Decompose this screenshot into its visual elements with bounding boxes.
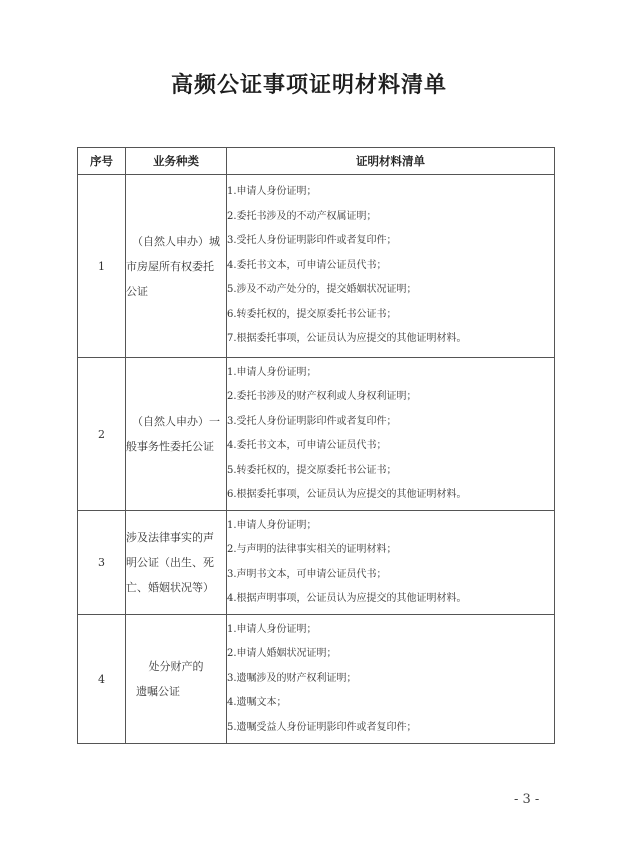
row-category: 处分财产的 遗嘱公证 [126, 615, 227, 744]
material-item: 4.委托书文本，可申请公证员代书； [227, 254, 554, 279]
category-line: 般事务性委托公证 [126, 434, 226, 459]
category-line: 处分财产的 [126, 654, 226, 679]
header-category: 业务种类 [126, 148, 227, 175]
material-item: 5.转委托权的，提交原委托书公证书； [227, 459, 554, 484]
table-row: 1 （自然人申办）城 市房屋所有权委托 公证 1.申请人身份证明； 2.委托书涉… [78, 175, 555, 358]
material-item: 4.委托书文本，可申请公证员代书； [227, 434, 554, 459]
row-materials: 1.申请人身份证明； 2.与声明的法律事实相关的证明材料； 3.声明书文本，可申… [227, 511, 555, 615]
page-number: - 3 - [514, 792, 539, 807]
category-line: 亡、婚姻状况等） [126, 575, 226, 600]
material-item: 4.根据声明事项，公证员认为应提交的其他证明材料。 [227, 587, 554, 612]
row-materials: 1.申请人身份证明； 2.委托书涉及的不动产权属证明； 3.受托人身份证明影印件… [227, 175, 555, 358]
category-line: （自然人申办）一 [126, 409, 226, 434]
material-item: 5.遗嘱受益人身份证明影印件或者复印件； [227, 716, 554, 741]
row-category: （自然人申办）城 市房屋所有权委托 公证 [126, 175, 227, 358]
material-item: 1.申请人身份证明； [227, 180, 554, 205]
table-header-row: 序号 业务种类 证明材料清单 [78, 148, 555, 175]
material-item: 3.受托人身份证明影印件或者复印件； [227, 229, 554, 254]
category-line: （自然人申办）城 [126, 229, 226, 254]
header-materials: 证明材料清单 [227, 148, 555, 175]
material-item: 2.委托书涉及的不动产权属证明； [227, 205, 554, 230]
header-index: 序号 [78, 148, 126, 175]
table-row: 4 处分财产的 遗嘱公证 1.申请人身份证明； 2.申请人婚姻状况证明； 3.遗… [78, 615, 555, 744]
table-row: 3 涉及法律事实的声 明公证（出生、死 亡、婚姻状况等） 1.申请人身份证明； … [78, 511, 555, 615]
category-line: 明公证（出生、死 [126, 550, 226, 575]
row-index: 2 [78, 358, 126, 511]
row-category: （自然人申办）一 般事务性委托公证 [126, 358, 227, 511]
table-row: 2 （自然人申办）一 般事务性委托公证 1.申请人身份证明； 2.委托书涉及的财… [78, 358, 555, 511]
page-title: 高频公证事项证明材料清单 [0, 68, 618, 99]
material-item: 7.根据委托事项，公证员认为应提交的其他证明材料。 [227, 327, 554, 352]
row-index: 3 [78, 511, 126, 615]
material-item: 1.申请人身份证明； [227, 514, 554, 539]
materials-table: 序号 业务种类 证明材料清单 1 （自然人申办）城 市房屋所有权委托 公证 1.… [77, 147, 555, 744]
row-category: 涉及法律事实的声 明公证（出生、死 亡、婚姻状况等） [126, 511, 227, 615]
category-line: 涉及法律事实的声 [126, 525, 226, 550]
row-index: 1 [78, 175, 126, 358]
row-materials: 1.申请人身份证明； 2.申请人婚姻状况证明； 3.遗嘱涉及的财产权利证明； 4… [227, 615, 555, 744]
material-item: 6.根据委托事项，公证员认为应提交的其他证明材料。 [227, 483, 554, 508]
material-item: 2.申请人婚姻状况证明； [227, 642, 554, 667]
material-item: 5.涉及不动产处分的，提交婚姻状况证明； [227, 278, 554, 303]
material-item: 6.转委托权的，提交原委托书公证书； [227, 303, 554, 328]
material-item: 4.遗嘱文本； [227, 691, 554, 716]
material-item: 3.声明书文本，可申请公证员代书； [227, 563, 554, 588]
material-item: 1.申请人身份证明； [227, 361, 554, 386]
category-line: 市房屋所有权委托 [126, 254, 226, 279]
category-line: 公证 [126, 279, 226, 304]
material-item: 3.遗嘱涉及的财产权利证明； [227, 667, 554, 692]
material-item: 1.申请人身份证明； [227, 618, 554, 643]
row-materials: 1.申请人身份证明； 2.委托书涉及的财产权利或人身权利证明； 3.受托人身份证… [227, 358, 555, 511]
row-index: 4 [78, 615, 126, 744]
material-item: 2.委托书涉及的财产权利或人身权利证明； [227, 385, 554, 410]
material-item: 2.与声明的法律事实相关的证明材料； [227, 538, 554, 563]
material-item: 3.受托人身份证明影印件或者复印件； [227, 410, 554, 435]
category-line: 遗嘱公证 [126, 679, 226, 704]
